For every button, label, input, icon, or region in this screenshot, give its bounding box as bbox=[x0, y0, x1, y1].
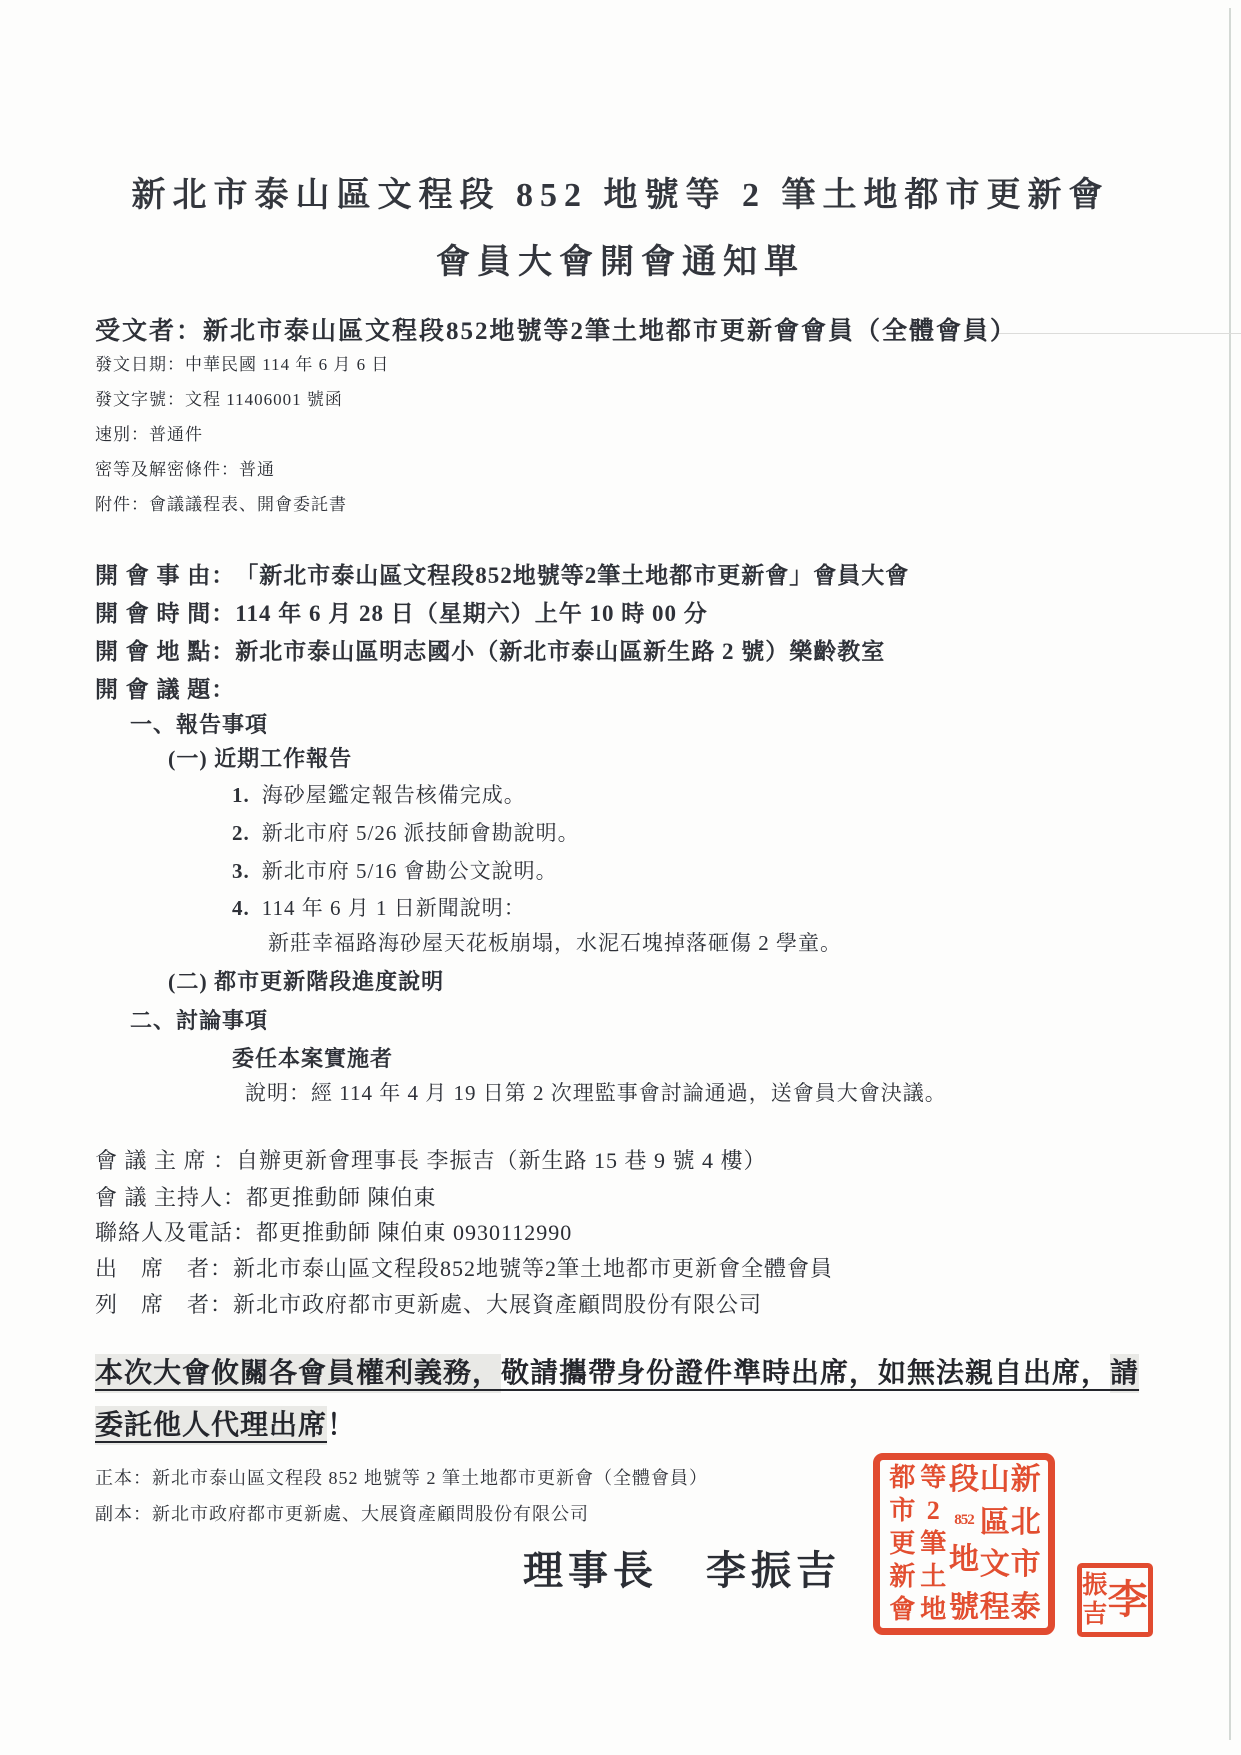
agenda-item-2-text: 新北市府 5/26 派技師會勘說明。 bbox=[262, 821, 580, 845]
original-copy-value: 新北市泰山區文程段 852 地號等 2 筆土地都市更新會（全體會員） bbox=[152, 1468, 708, 1488]
agenda-item-3-no: 3. bbox=[232, 859, 250, 883]
seal-character: 新 bbox=[1011, 1465, 1041, 1495]
seal-character: 區 bbox=[980, 1508, 1010, 1538]
agenda-item-2: 2.新北市府 5/26 派技師會勘說明。 bbox=[232, 821, 580, 845]
original-copy-line: 正本：新北市泰山區文程段 852 地號等 2 筆土地都市更新會（全體會員） bbox=[95, 1468, 708, 1489]
name-stamp-char-bottom: 吉 bbox=[1082, 1602, 1107, 1627]
meeting-subject-line: 開 會 事 由：「新北市泰山區文程段852地號等2筆土地都市更新會」會員大會 bbox=[95, 563, 909, 589]
agenda-item-2-no: 2. bbox=[232, 821, 250, 845]
cc-copy-label: 副本： bbox=[95, 1504, 152, 1524]
agenda-item-3-text: 新北市府 5/16 會勘公文說明。 bbox=[262, 859, 558, 883]
attachment-line: 附件：會議議程表、開會委託書 bbox=[95, 495, 347, 515]
organization-seal-stamp: 新北市泰山區文程段852地號等2筆土地都市更新會 bbox=[873, 1453, 1055, 1635]
seal-character: 市 bbox=[889, 1498, 915, 1524]
seal-character: 更 bbox=[889, 1531, 915, 1557]
signature-line: 理事長李振吉 bbox=[523, 1548, 841, 1594]
seal-character: 市 bbox=[1011, 1550, 1041, 1580]
seal-character: 852 bbox=[954, 1513, 974, 1528]
agenda-section1: 一、報告事項 bbox=[130, 712, 268, 737]
seal-character: 山 bbox=[980, 1465, 1010, 1495]
security-class-value: 普通 bbox=[239, 460, 275, 479]
seal-character: 都 bbox=[889, 1465, 915, 1491]
recipient-value: 新北市泰山區文程段852地號等2筆土地都市更新會會員（全體會員） bbox=[203, 318, 1017, 345]
scan-artifact-horizontal-line bbox=[995, 333, 1241, 334]
agenda-item-4-no: 4. bbox=[232, 896, 250, 920]
seal-character: 號 bbox=[949, 1593, 979, 1623]
attendees-label: 出 席 者： bbox=[95, 1256, 233, 1281]
meeting-place-line: 開 會 地 點：新北市泰山區明志國小（新北市泰山區新生路 2 號）樂齡教室 bbox=[95, 639, 885, 665]
agenda-section2: 二、討論事項 bbox=[130, 1008, 268, 1033]
meeting-time-label: 開 會 時 間： bbox=[95, 601, 235, 627]
warning-line1-highlight1: 本次大會攸關各會員權利義務， bbox=[95, 1358, 501, 1389]
contact-value: 都更推動師 陳伯東 0930112990 bbox=[256, 1220, 572, 1245]
observers-line: 列 席 者：新北市政府都市更新處、大展資產顧問股份有限公司 bbox=[95, 1292, 762, 1317]
signature-name: 李振吉 bbox=[706, 1548, 841, 1593]
issue-date-label: 發文日期： bbox=[95, 355, 185, 374]
ref-number-line: 發文字號：文程 11406001 號函 bbox=[95, 390, 343, 410]
issue-date-value: 中華民國 114 年 6 月 6 日 bbox=[185, 355, 389, 374]
warning-line1-highlight2: 請 bbox=[1110, 1358, 1139, 1389]
agenda-item-4-detail: 新莊幸福路海砂屋天花板崩塌，水泥石塊掉落砸傷 2 學童。 bbox=[268, 931, 842, 955]
meeting-notice-document: 新北市泰山區文程段 852 地號等 2 筆土地都市更新會 會員大會開會通知單 受… bbox=[0, 0, 1241, 1755]
meeting-time-line: 開 會 時 間：114 年 6 月 28 日（星期六）上午 10 時 00 分 bbox=[95, 601, 708, 627]
speed-class-line: 速別：普通件 bbox=[95, 425, 203, 445]
warning-line2-highlight: 委託他人代理出席 bbox=[95, 1410, 327, 1441]
agenda-item-4: 4.114 年 6 月 1 日新聞說明： bbox=[232, 896, 526, 920]
seal-character: 新 bbox=[889, 1564, 915, 1590]
attendees-line: 出 席 者：新北市泰山區文程段852地號等2筆土地都市更新會全體會員 bbox=[95, 1256, 833, 1281]
name-stamp-surname: 李 bbox=[1108, 1580, 1148, 1620]
seal-character: 筆 bbox=[920, 1531, 946, 1557]
seal-character: 2 bbox=[927, 1498, 940, 1524]
cc-copy-line: 副本：新北市政府都市更新處、大展資產顧問股份有限公司 bbox=[95, 1504, 589, 1525]
name-stamp-char-top: 振 bbox=[1082, 1573, 1107, 1598]
discussion-title: 委任本案實施者 bbox=[232, 1046, 393, 1071]
meeting-subject-label: 開 會 事 由： bbox=[95, 563, 235, 589]
warning-line2-exclamation: ！ bbox=[327, 1410, 356, 1441]
agenda-item-3: 3.新北市府 5/16 會勘公文說明。 bbox=[232, 859, 558, 883]
speed-class-label: 速別： bbox=[95, 425, 149, 444]
host-value: 都更推動師 陳伯東 bbox=[246, 1185, 437, 1210]
agenda-section1-sub: (一) 近期工作報告 bbox=[168, 746, 352, 771]
seal-character: 地 bbox=[949, 1545, 979, 1575]
seal-character: 文 bbox=[980, 1550, 1010, 1580]
cc-copy-value: 新北市政府都市更新處、大展資產顧問股份有限公司 bbox=[152, 1504, 589, 1524]
seal-character: 段 bbox=[949, 1465, 979, 1495]
security-class-line: 密等及解密條件：普通 bbox=[95, 460, 275, 480]
document-title-line2: 會員大會開會通知單 bbox=[0, 243, 1241, 282]
signature-title: 理事長 bbox=[523, 1548, 658, 1593]
chair-label: 會 議 主 席 ： bbox=[95, 1148, 236, 1173]
seal-column: 新北市泰 bbox=[1010, 1465, 1041, 1623]
meeting-subject-value: 「新北市泰山區文程段852地號等2筆土地都市更新會」會員大會 bbox=[235, 563, 909, 588]
original-copy-label: 正本： bbox=[95, 1468, 152, 1488]
meeting-time-value: 114 年 6 月 28 日（星期六）上午 10 時 00 分 bbox=[235, 601, 707, 626]
document-title-line1: 新北市泰山區文程段 852 地號等 2 筆土地都市更新會 bbox=[0, 176, 1241, 215]
security-class-label: 密等及解密條件： bbox=[95, 460, 239, 479]
chairman-name-stamp: 李 振 吉 bbox=[1077, 1563, 1153, 1637]
chair-value: 自辦更新會理事長 李振吉（新生路 15 巷 9 號 4 樓） bbox=[236, 1148, 767, 1173]
seal-character: 地 bbox=[920, 1597, 946, 1623]
seal-character: 北 bbox=[1011, 1508, 1041, 1538]
seal-character: 會 bbox=[889, 1597, 915, 1623]
observers-value: 新北市政府都市更新處、大展資產顧問股份有限公司 bbox=[233, 1292, 762, 1317]
issue-date-line: 發文日期：中華民國 114 年 6 月 6 日 bbox=[95, 355, 389, 375]
agenda-item-1: 1.海砂屋鑑定報告核備完成。 bbox=[232, 783, 526, 807]
meeting-place-label: 開 會 地 點： bbox=[95, 639, 235, 665]
meeting-place-value: 新北市泰山區明志國小（新北市泰山區新生路 2 號）樂齡教室 bbox=[235, 639, 885, 664]
name-stamp-given-name: 振 吉 bbox=[1082, 1573, 1107, 1627]
discussion-note: 說明：經 114 年 4 月 19 日第 2 次理監事會討論通過，送會員大會決議… bbox=[245, 1081, 947, 1105]
ref-number-label: 發文字號： bbox=[95, 390, 185, 409]
seal-column: 山區文程 bbox=[979, 1465, 1010, 1623]
seal-character: 泰 bbox=[1011, 1593, 1041, 1623]
recipient-line: 受文者：新北市泰山區文程段852地號等2筆土地都市更新會會員（全體會員） bbox=[95, 318, 1017, 347]
attachment-value: 會議議程表、開會委託書 bbox=[149, 495, 347, 514]
speed-class-value: 普通件 bbox=[149, 425, 203, 444]
seal-character: 程 bbox=[980, 1593, 1010, 1623]
host-line: 會 議 主持人：都更推動師 陳伯東 bbox=[95, 1185, 437, 1210]
agenda-item-1-text: 海砂屋鑑定報告核備完成。 bbox=[262, 783, 526, 807]
host-label: 會 議 主持人： bbox=[95, 1185, 246, 1210]
chair-line: 會 議 主 席 ：自辦更新會理事長 李振吉（新生路 15 巷 9 號 4 樓） bbox=[95, 1148, 767, 1173]
warning-line1-middle: 敬請攜帶身份證件準時出席，如無法親自出席， bbox=[501, 1358, 1110, 1389]
recipient-label: 受文者： bbox=[95, 318, 203, 345]
attendees-value: 新北市泰山區文程段852地號等2筆土地都市更新會全體會員 bbox=[233, 1256, 833, 1281]
warning-line1: 本次大會攸關各會員權利義務，敬請攜帶身份證件準時出席，如無法親自出席，請 bbox=[95, 1358, 1139, 1390]
agenda-section2-sub: (二) 都市更新階段進度說明 bbox=[168, 969, 444, 994]
seal-column: 都市更新會 bbox=[887, 1465, 918, 1623]
seal-column: 等2筆土地 bbox=[918, 1465, 949, 1623]
observers-label: 列 席 者： bbox=[95, 1292, 233, 1317]
ref-number-value: 文程 11406001 號函 bbox=[185, 390, 343, 409]
warning-line2: 委託他人代理出席！ bbox=[95, 1410, 356, 1442]
agenda-item-1-no: 1. bbox=[232, 783, 250, 807]
agenda-item-4-text: 114 年 6 月 1 日新聞說明： bbox=[262, 896, 526, 920]
seal-character: 等 bbox=[920, 1465, 946, 1491]
seal-column: 段852地號 bbox=[949, 1465, 980, 1623]
meeting-topics-label: 開 會 議 題： bbox=[95, 677, 235, 703]
seal-character: 土 bbox=[920, 1564, 946, 1590]
attachment-label: 附件： bbox=[95, 495, 149, 514]
contact-line: 聯絡人及電話：都更推動師 陳伯東 0930112990 bbox=[95, 1220, 572, 1245]
contact-label: 聯絡人及電話： bbox=[95, 1220, 256, 1245]
